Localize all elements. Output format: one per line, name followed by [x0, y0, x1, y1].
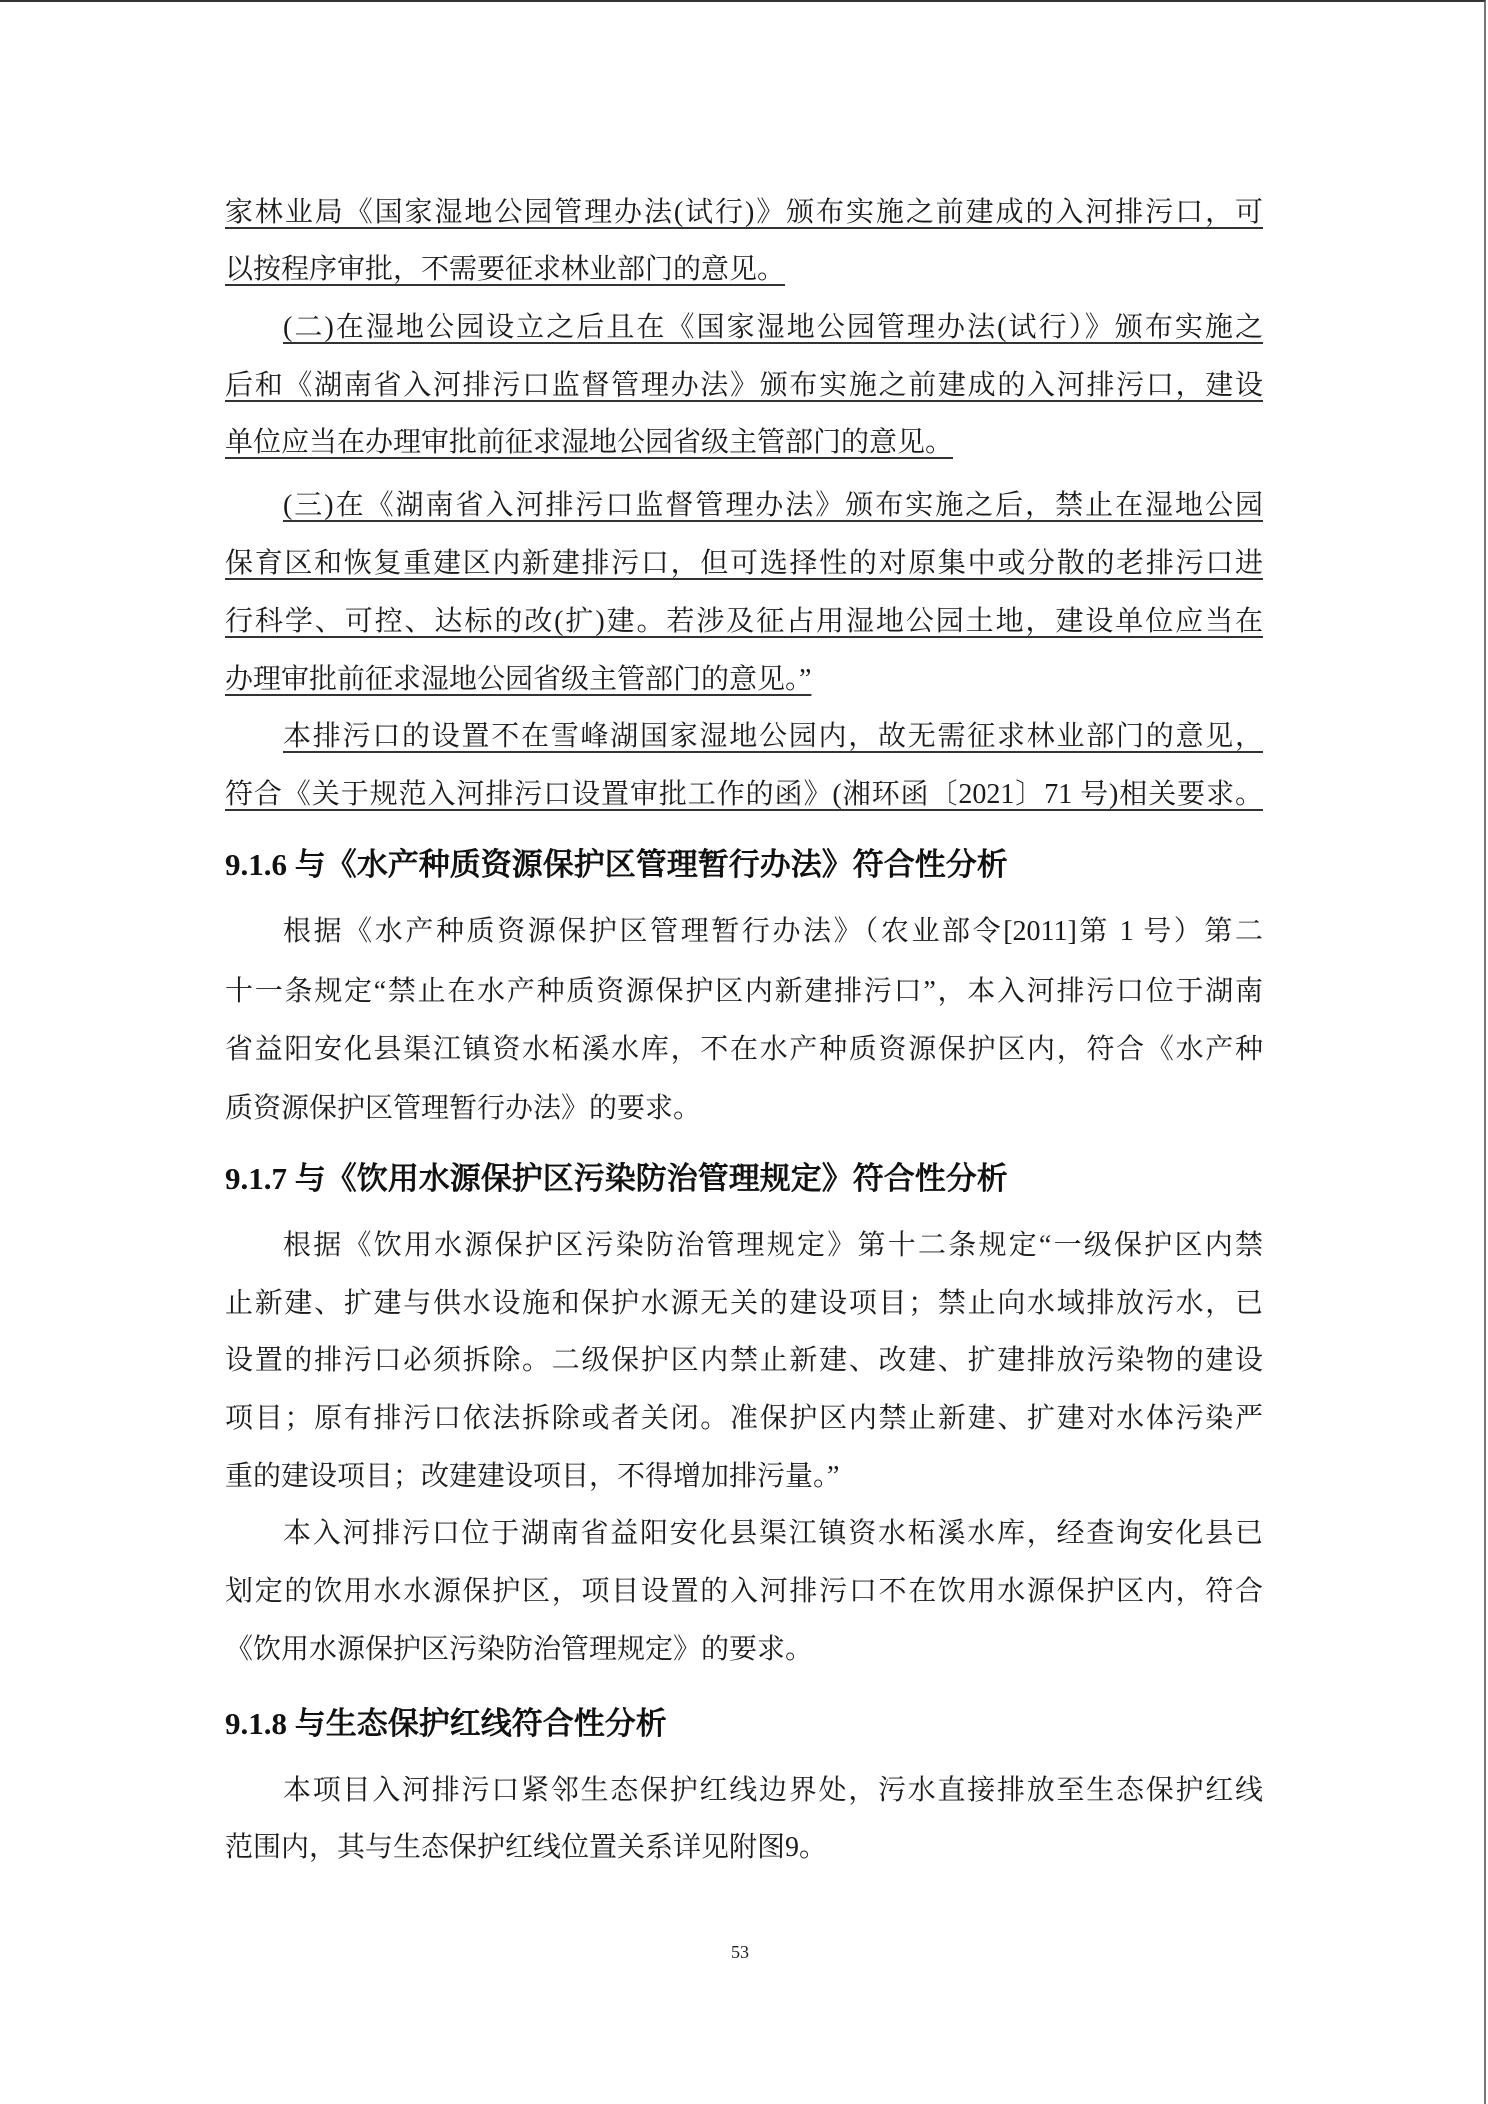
- paragraph-line: 省益阳安化县渠江镇资水柘溪水库，不在水产种质资源保护区内，符合《水产种: [225, 1033, 1263, 1067]
- paragraph-line: 后和《湖南省入河排污口监督管理办法》颁布实施之前建成的入河排污口，建设: [225, 369, 1263, 403]
- paragraph-line: 止新建、扩建与供水设施和保护水源无关的建设项目；禁止向水域排放污水，已: [225, 1287, 1263, 1321]
- underlined-text: 以按程序审批，不需要征求林业部门的意见。: [225, 254, 785, 285]
- page-number: 53: [720, 1942, 760, 1963]
- section-heading-9-1-8: 9.1.8 与生态保护红线符合性分析: [225, 1704, 667, 1744]
- underlined-text: 家林业局《国家湿地公园管理办法(试行)》颁布实施之前建成的入河排污口，可: [225, 197, 1263, 228]
- underlined-text: 单位应当在办理审批前征求湿地公园省级主管部门的意见。: [225, 427, 953, 458]
- paragraph-line: 根据《饮用水源保护区污染防治管理规定》第十二条规定“一级保护区内禁: [283, 1229, 1263, 1263]
- paragraph-line: 划定的饮用水水源保护区，项目设置的入河排污口不在饮用水源保护区内，符合: [225, 1575, 1263, 1609]
- paragraph-line: 设置的排污口必须拆除。二级保护区内禁止新建、改建、扩建排放污染物的建设: [225, 1344, 1263, 1378]
- paragraph-line: 根据《水产种质资源保护区管理暂行办法》（农业部令[2011]第 1 号）第二: [283, 915, 1263, 949]
- underlined-text: (二)在湿地公园设立之后且在《国家湿地公园管理办法(试行）》颁布实施之: [283, 312, 1263, 343]
- document-page: 家林业局《国家湿地公园管理办法(试行)》颁布实施之前建成的入河排污口，可 以按程…: [0, 0, 1486, 2104]
- paragraph-line: 家林业局《国家湿地公园管理办法(试行)》颁布实施之前建成的入河排污口，可: [225, 196, 1263, 230]
- paragraph-line: 范围内，其与生态保护红线位置关系详见附图9。: [225, 1831, 1263, 1865]
- underlined-text: 行科学、可控、达标的改(扩)建。若涉及征占用湿地公园土地，建设单位应当在: [225, 606, 1263, 637]
- underlined-text: 符合《关于规范入河排污口设置审批工作的函》(湘环函〔2021〕71 号)相关要求…: [225, 779, 1263, 810]
- section-heading-9-1-7: 9.1.7 与《饮用水源保护区污染防治管理规定》符合性分析: [225, 1159, 1008, 1199]
- underlined-text: (三)在《湖南省入河排污口监督管理办法》颁布实施之后，禁止在湿地公园: [283, 490, 1263, 521]
- paragraph-line: 行科学、可控、达标的改(扩)建。若涉及征占用湿地公园土地，建设单位应当在: [225, 605, 1263, 639]
- paragraph-line: 单位应当在办理审批前征求湿地公园省级主管部门的意见。: [225, 426, 1263, 460]
- paragraph-line: 以按程序审批，不需要征求林业部门的意见。: [225, 253, 1263, 287]
- underlined-text: 后和《湖南省入河排污口监督管理办法》颁布实施之前建成的入河排污口，建设: [225, 370, 1263, 401]
- section-heading-9-1-6: 9.1.6 与《水产种质资源保护区管理暂行办法》符合性分析: [225, 845, 1008, 885]
- paragraph-line: 保育区和恢复重建区内新建排污口，但可选择性的对原集中或分散的老排污口进: [225, 547, 1263, 581]
- paragraph-line: 《饮用水源保护区污染防治管理规定》的要求。: [225, 1633, 1263, 1667]
- paragraph-line: 符合《关于规范入河排污口设置审批工作的函》(湘环函〔2021〕71 号)相关要求…: [225, 778, 1263, 812]
- paragraph-line: 重的建设项目；改建建设项目，不得增加排污量。”: [225, 1460, 1263, 1494]
- underlined-text: 办理审批前征求湿地公园省级主管部门的意见。”: [225, 664, 811, 695]
- underlined-text: 本排污口的设置不在雪峰湖国家湿地公园内，故无需征求林业部门的意见，: [283, 721, 1263, 752]
- paragraph-line: (三)在《湖南省入河排污口监督管理办法》颁布实施之后，禁止在湿地公园: [283, 489, 1263, 523]
- paragraph-line: 本入河排污口位于湖南省益阳安化县渠江镇资水柘溪水库，经查询安化县已: [283, 1517, 1263, 1551]
- paragraph-line: 本项目入河排污口紧邻生态保护红线边界处，污水直接排放至生态保护红线: [283, 1774, 1263, 1808]
- underlined-text: 保育区和恢复重建区内新建排污口，但可选择性的对原集中或分散的老排污口进: [225, 548, 1263, 579]
- paragraph-line: 质资源保护区管理暂行办法》的要求。: [225, 1092, 1263, 1126]
- paragraph-line: 本排污口的设置不在雪峰湖国家湿地公园内，故无需征求林业部门的意见，: [283, 720, 1263, 754]
- paragraph-line: 办理审批前征求湿地公园省级主管部门的意见。”: [225, 663, 1263, 697]
- paragraph-line: (二)在湿地公园设立之后且在《国家湿地公园管理办法(试行）》颁布实施之: [283, 311, 1263, 345]
- paragraph-line: 项目；原有排污口依法拆除或者关闭。准保护区内禁止新建、扩建对水体污染严: [225, 1402, 1263, 1436]
- paragraph-line: 十一条规定“禁止在水产种质资源保护区内新建排污口”，本入河排污口位于湖南: [225, 975, 1263, 1009]
